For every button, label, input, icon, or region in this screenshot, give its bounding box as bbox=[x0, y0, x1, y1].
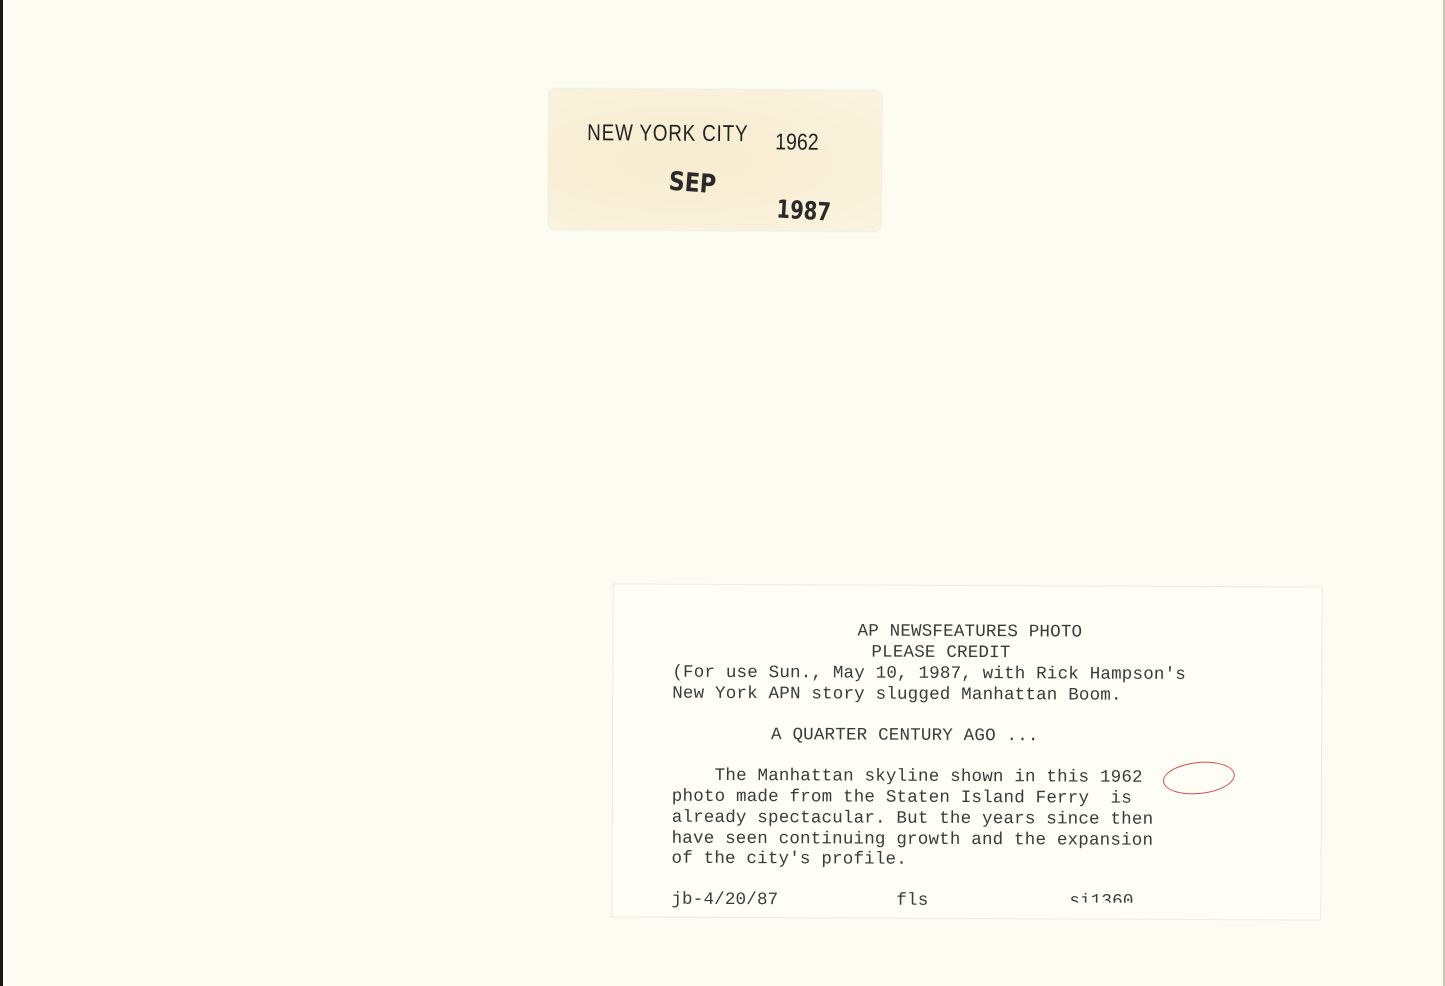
label-photo-year: 1962 bbox=[775, 128, 819, 155]
archive-label: NEW YORK CITY 1962 SEP 1987 bbox=[549, 89, 882, 231]
caption-usage-2: New York APN story slugged Manhattan Boo… bbox=[672, 684, 1122, 706]
scan-edge-left bbox=[0, 0, 3, 986]
caption-body-line: already spectacular. But the years since… bbox=[672, 808, 1154, 830]
caption-header-1: AP NEWSFEATURES PHOTO bbox=[857, 622, 1082, 643]
caption-header-2: PLEASE CREDIT bbox=[871, 643, 1010, 664]
caption-footer-code: fls bbox=[896, 891, 928, 911]
stamp-year: 1987 bbox=[776, 194, 832, 226]
label-subject: NEW YORK CITY bbox=[587, 119, 748, 147]
caption-body-line: The Manhattan skyline shown in this 1962 bbox=[672, 766, 1143, 788]
caption-body-line: photo made from the Staten Island Ferry … bbox=[672, 787, 1132, 809]
caption-body-line: have seen continuing growth and the expa… bbox=[672, 829, 1154, 851]
caption-slip: AP NEWSFEATURES PHOTO PLEASE CREDIT (For… bbox=[611, 583, 1322, 920]
caption-footer-id: si1360 bbox=[1069, 891, 1133, 911]
caption-usage-1: (For use Sun., May 10, 1987, with Rick H… bbox=[672, 663, 1186, 685]
caption-headline: A QUARTER CENTURY AGO ... bbox=[771, 725, 1039, 746]
caption-body-line: of the city's profile. bbox=[671, 849, 907, 870]
caption-footer-initials: jb-4/20/87 bbox=[671, 890, 778, 910]
red-circle-annotation bbox=[1161, 758, 1236, 797]
stamp-month: SEP bbox=[668, 167, 717, 201]
